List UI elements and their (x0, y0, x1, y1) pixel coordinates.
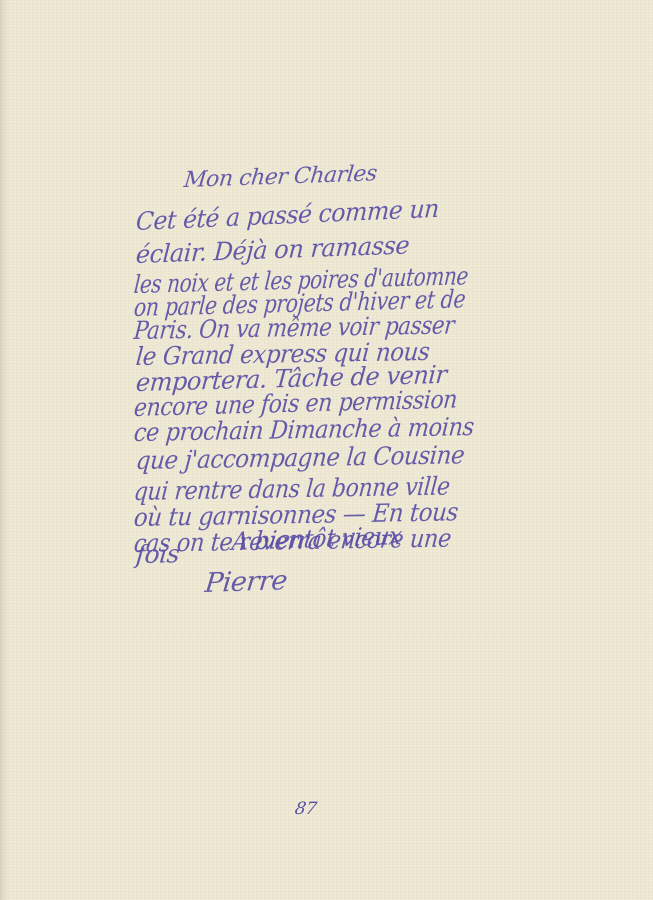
closing-word: fois (135, 539, 181, 569)
letter-line: que j'accompagne la Cousine (135, 440, 466, 475)
letter-line: Cet été a passé comme un (135, 194, 440, 236)
handwritten-letter: Mon cher Charles Cet été a passé comme u… (0, 0, 653, 900)
closing-phrase: A bientôt vieux (230, 521, 403, 556)
salutation: Mon cher Charles (183, 161, 378, 193)
signature: Pierre (203, 565, 288, 599)
letter-page: Mon cher Charles Cet été a passé comme u… (0, 0, 653, 900)
page-number: 87 (293, 799, 318, 819)
